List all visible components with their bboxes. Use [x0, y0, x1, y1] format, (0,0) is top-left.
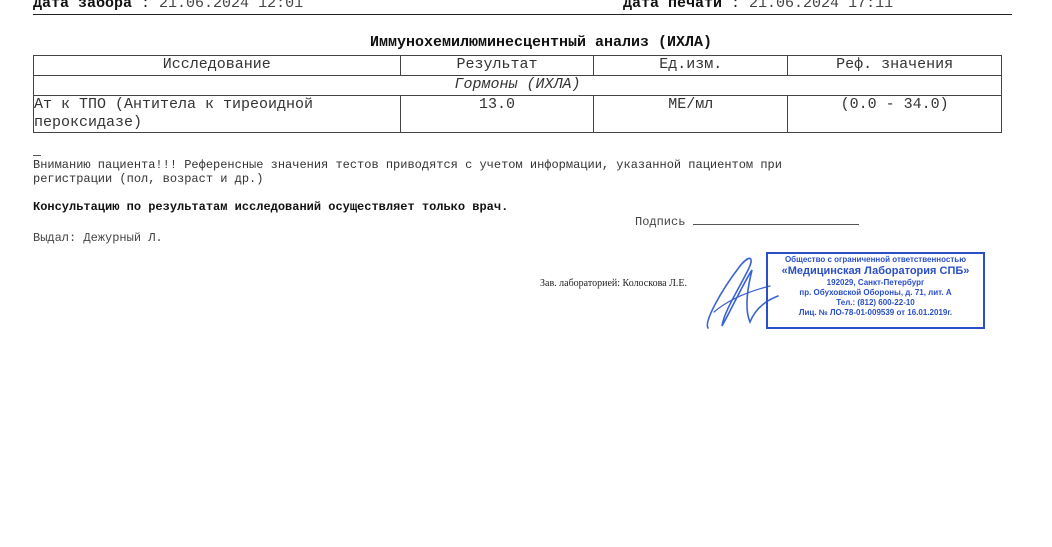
column-header-result: Результат: [400, 56, 594, 76]
issued-by: Выдал: Дежурный Л.: [33, 231, 163, 245]
test-unit: МЕ/мл: [594, 96, 788, 133]
collection-date-value: 21.06.2024 12:01: [159, 0, 303, 12]
signature-label: Подпись: [635, 215, 685, 229]
stamp-line-address: пр. Обуховской Обороны, д. 71, лит. А: [768, 288, 983, 298]
group-label: Гормоны (ИХЛА): [34, 76, 1002, 96]
collection-date: Дата забора : 21.06.2024 12:01: [33, 0, 303, 12]
column-header-test: Исследование: [34, 56, 401, 76]
test-reference: (0.0 - 34.0): [788, 96, 1002, 133]
stamp-line-org-type: Общество с ограниченной ответственностью: [768, 255, 983, 265]
test-name: Ат к ТПО (Антитела к тиреоидной пероксид…: [34, 96, 401, 133]
column-header-unit: Ед.изм.: [594, 56, 788, 76]
group-row: Гормоны (ИХЛА): [34, 76, 1002, 96]
stamp-line-org-name: «Медицинская Лаборатория СПБ»: [768, 265, 983, 278]
organization-stamp: Общество с ограниченной ответственностью…: [766, 252, 985, 329]
column-header-reference: Реф. значения: [788, 56, 1002, 76]
lab-head: Зав. лабораторией: Колоскова Л.Е.: [540, 278, 687, 289]
signature-field: Подпись: [635, 214, 859, 229]
divider: [33, 155, 41, 156]
print-date: Дата печати : 21.06.2024 17:11: [623, 0, 893, 12]
print-date-label: Дата печати: [623, 0, 722, 12]
collection-date-label: Дата забора: [33, 0, 132, 12]
stamp-line-phone: Тел.: (812) 600-22-10: [768, 298, 983, 308]
separator: :: [722, 0, 749, 12]
table-row: Ат к ТПО (Антитела к тиреоидной пероксид…: [34, 96, 1002, 133]
section-title: Иммунохемилюминесцентный анализ (ИХЛА): [0, 34, 1052, 51]
separator: :: [132, 0, 159, 12]
results-table: Исследование Результат Ед.изм. Реф. знач…: [33, 55, 1002, 133]
consultation-note: Консультацию по результатам исследований…: [33, 200, 508, 214]
stamp-line-city: 192029, Санкт-Петербург: [768, 278, 983, 288]
print-date-value: 21.06.2024 17:11: [749, 0, 893, 12]
table-header-row: Исследование Результат Ед.изм. Реф. знач…: [34, 56, 1002, 76]
attention-note: Вниманию пациента!!! Референсные значени…: [33, 158, 782, 186]
stamp-line-license: Лиц. № ЛО-78-01-009539 от 16.01.2019г.: [768, 308, 983, 318]
test-result: 13.0: [400, 96, 594, 133]
signature-line: [693, 214, 859, 225]
